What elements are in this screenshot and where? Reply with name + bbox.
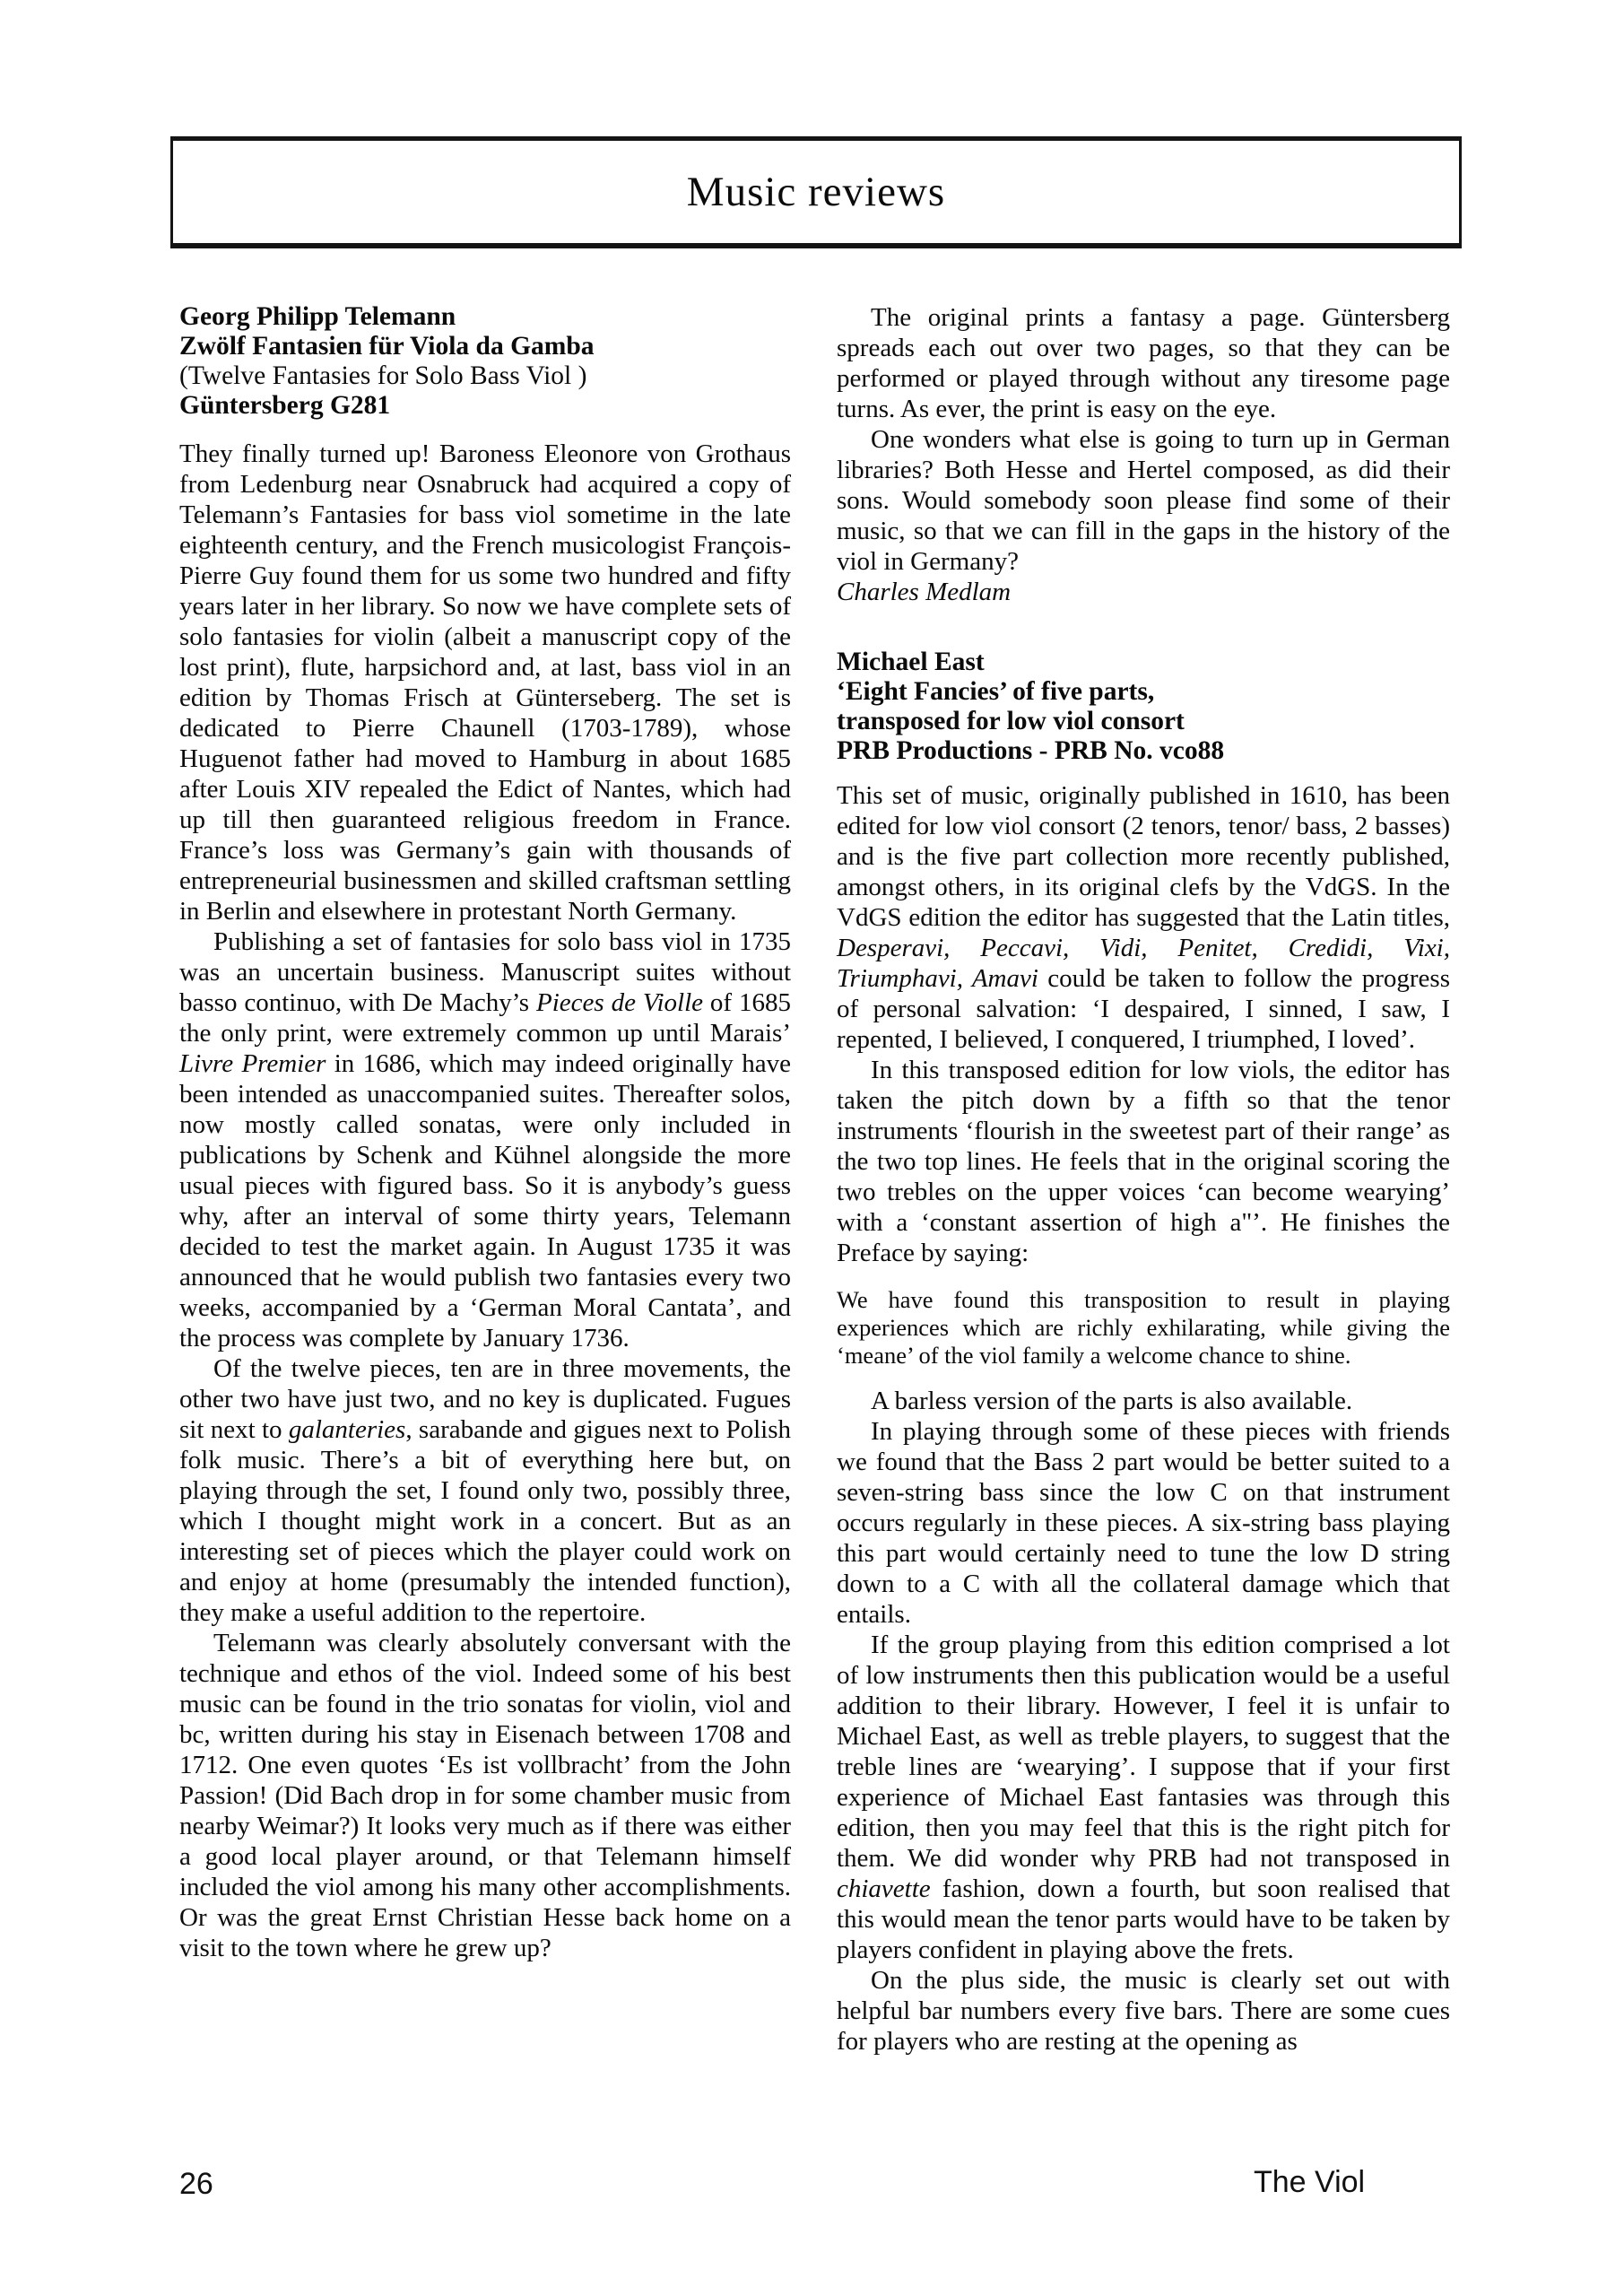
review-heading-line: Michael East <box>837 648 1450 677</box>
text-run: If the group playing from this edition c… <box>837 1631 1450 1873</box>
review-heading-line: (Twelve Fantasies for Solo Bass Viol ) <box>179 361 791 391</box>
italic-text: Livre Premier <box>179 1049 326 1078</box>
text-run: , sarabande and gigues next to Polish fo… <box>179 1415 791 1627</box>
paragraph: The original prints a fantasy a page. Gü… <box>837 302 1450 424</box>
paragraph: This set of music, originally published … <box>837 780 1450 1055</box>
paragraph: Of the twelve pieces, ten are in three m… <box>179 1353 791 1628</box>
italic-text: Pieces de Violle <box>536 988 703 1017</box>
review-heading-line: ‘Eight Fancies’ of five parts, <box>837 677 1450 707</box>
paragraph: If the group playing from this edition c… <box>837 1630 1450 1965</box>
text-run: In this transposed edition for low viols… <box>837 1056 1450 1267</box>
paragraph: On the plus side, the music is clearly s… <box>837 1965 1450 2057</box>
italic-text: galanteries <box>289 1415 406 1444</box>
journal-page: Music reviews Georg Philipp TelemannZwöl… <box>0 0 1624 2296</box>
text-run: in 1686, which may indeed originally hav… <box>179 1049 791 1352</box>
text-run: This set of music, originally published … <box>837 781 1450 932</box>
review-heading-line: PRB Productions - PRB No. vco88 <box>837 736 1450 766</box>
text-run: Telemann was clearly absolutely conversa… <box>179 1629 791 1962</box>
review-heading-line: Georg Philipp Telemann <box>179 302 791 332</box>
page-title: Music reviews <box>687 171 945 213</box>
text-run: We have found this transposition to resu… <box>837 1286 1450 1369</box>
paragraph: In playing through some of these pieces … <box>837 1416 1450 1630</box>
page-number: 26 <box>179 2166 213 2202</box>
paragraph: Telemann was clearly absolutely conversa… <box>179 1628 791 1963</box>
text-run: They finally turned up! Baroness Eleonor… <box>179 439 791 926</box>
paragraph: A barless version of the parts is also a… <box>837 1386 1450 1416</box>
right-column: The original prints a fantasy a page. Gü… <box>837 302 1450 2057</box>
paragraph: They finally turned up! Baroness Eleonor… <box>179 439 791 926</box>
spacer <box>837 607 1450 648</box>
review-heading-line: Güntersberg G281 <box>179 391 791 421</box>
text-run: In playing through some of these pieces … <box>837 1417 1450 1629</box>
text-run: The original prints a fantasy a page. Gü… <box>837 303 1450 423</box>
review-heading: Michael East‘Eight Fancies’ of five part… <box>837 648 1450 766</box>
italic-text: chiavette <box>837 1874 931 1903</box>
text-run: One wonders what else is going to turn u… <box>837 425 1450 576</box>
journal-name: The Viol <box>1254 2164 1365 2200</box>
paragraph: Publishing a set of fantasies for solo b… <box>179 926 791 1353</box>
block-quote: We have found this transposition to resu… <box>837 1286 1450 1370</box>
review-heading-line: Zwölf Fantasien für Viola da Gamba <box>179 332 791 361</box>
review-heading-line: transposed for low viol consort <box>837 707 1450 736</box>
reviewer-signature: Charles Medlam <box>837 577 1450 607</box>
text-run: A barless version of the parts is also a… <box>871 1387 1352 1415</box>
left-column: Georg Philipp TelemannZwölf Fantasien fü… <box>179 302 791 1963</box>
paragraph: In this transposed edition for low viols… <box>837 1055 1450 1268</box>
title-box: Music reviews <box>170 136 1462 248</box>
review-heading: Georg Philipp TelemannZwölf Fantasien fü… <box>179 302 791 421</box>
italic-text: Charles Medlam <box>837 578 1011 606</box>
paragraph: One wonders what else is going to turn u… <box>837 424 1450 577</box>
text-run: On the plus side, the music is clearly s… <box>837 1966 1450 2056</box>
